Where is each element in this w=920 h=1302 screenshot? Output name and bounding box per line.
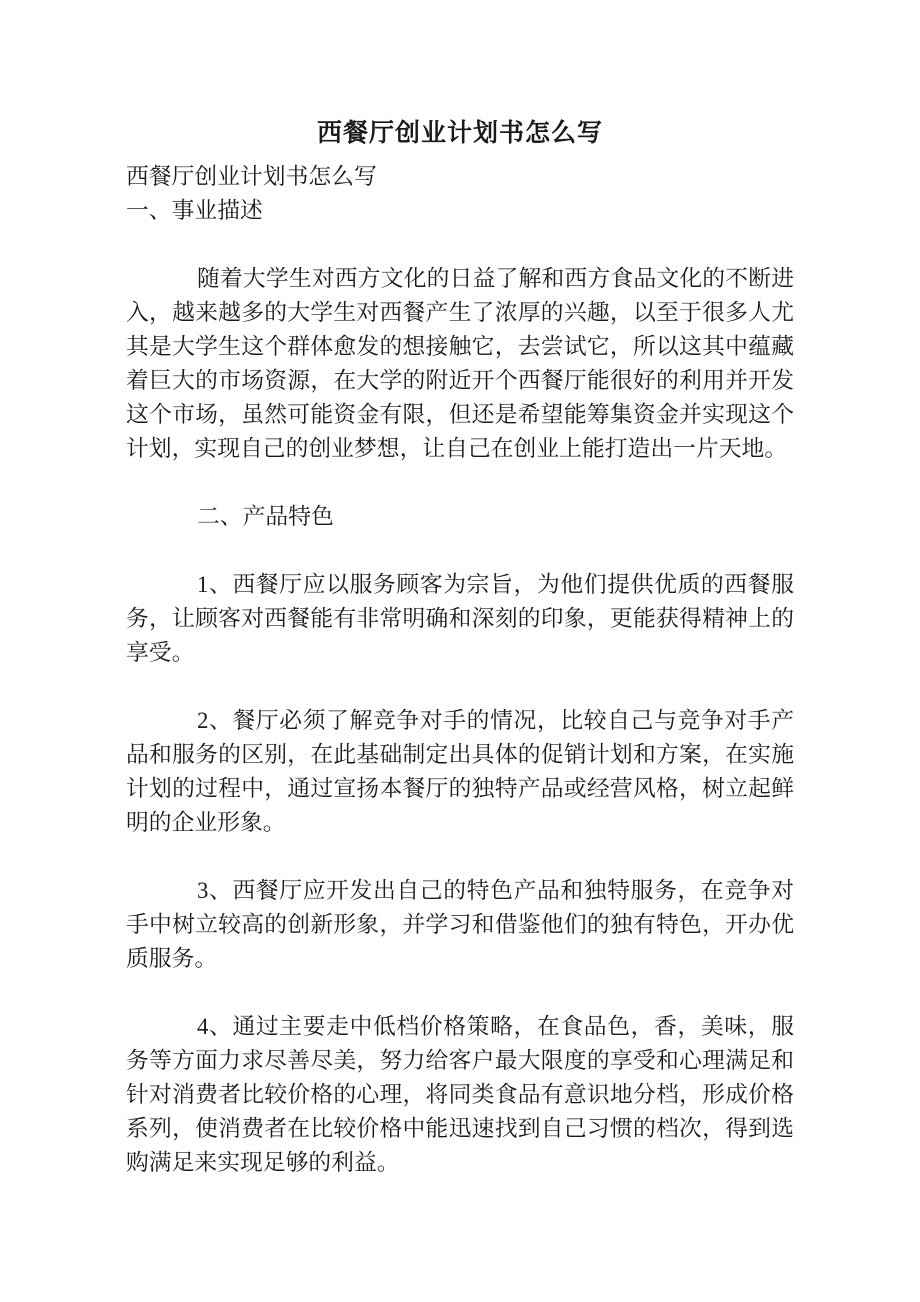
section-heading-business-description: 一、事业描述 xyxy=(126,194,794,228)
feature-item-1: 1、西餐厅应以服务顾客为宗旨，为他们提供优质的西餐服务，让顾客对西餐能有非常明确… xyxy=(126,568,794,670)
document-subtitle: 西餐厅创业计划书怎么写 xyxy=(126,160,794,194)
document-page: 西餐厅创业计划书怎么写 西餐厅创业计划书怎么写 一、事业描述 随着大学生对西方文… xyxy=(0,0,920,1302)
feature-item-2: 2、餐厅必须了解竞争对手的情况，比较自己与竞争对手产品和服务的区别，在此基础制定… xyxy=(126,704,794,840)
section-heading-product-features: 二、产品特色 xyxy=(126,500,794,534)
feature-item-3: 3、西餐厅应开发出自己的特色产品和独特服务，在竞争对手中树立较高的创新形象，并学… xyxy=(126,874,794,976)
feature-item-4: 4、通过主要走中低档价格策略，在食品色，香，美味，服务等方面力求尽善尽美，努力给… xyxy=(126,1010,794,1180)
document-title: 西餐厅创业计划书怎么写 xyxy=(126,115,794,153)
paragraph-intro: 随着大学生对西方文化的日益了解和西方食品文化的不断进入，越来越多的大学生对西餐产… xyxy=(126,262,794,466)
